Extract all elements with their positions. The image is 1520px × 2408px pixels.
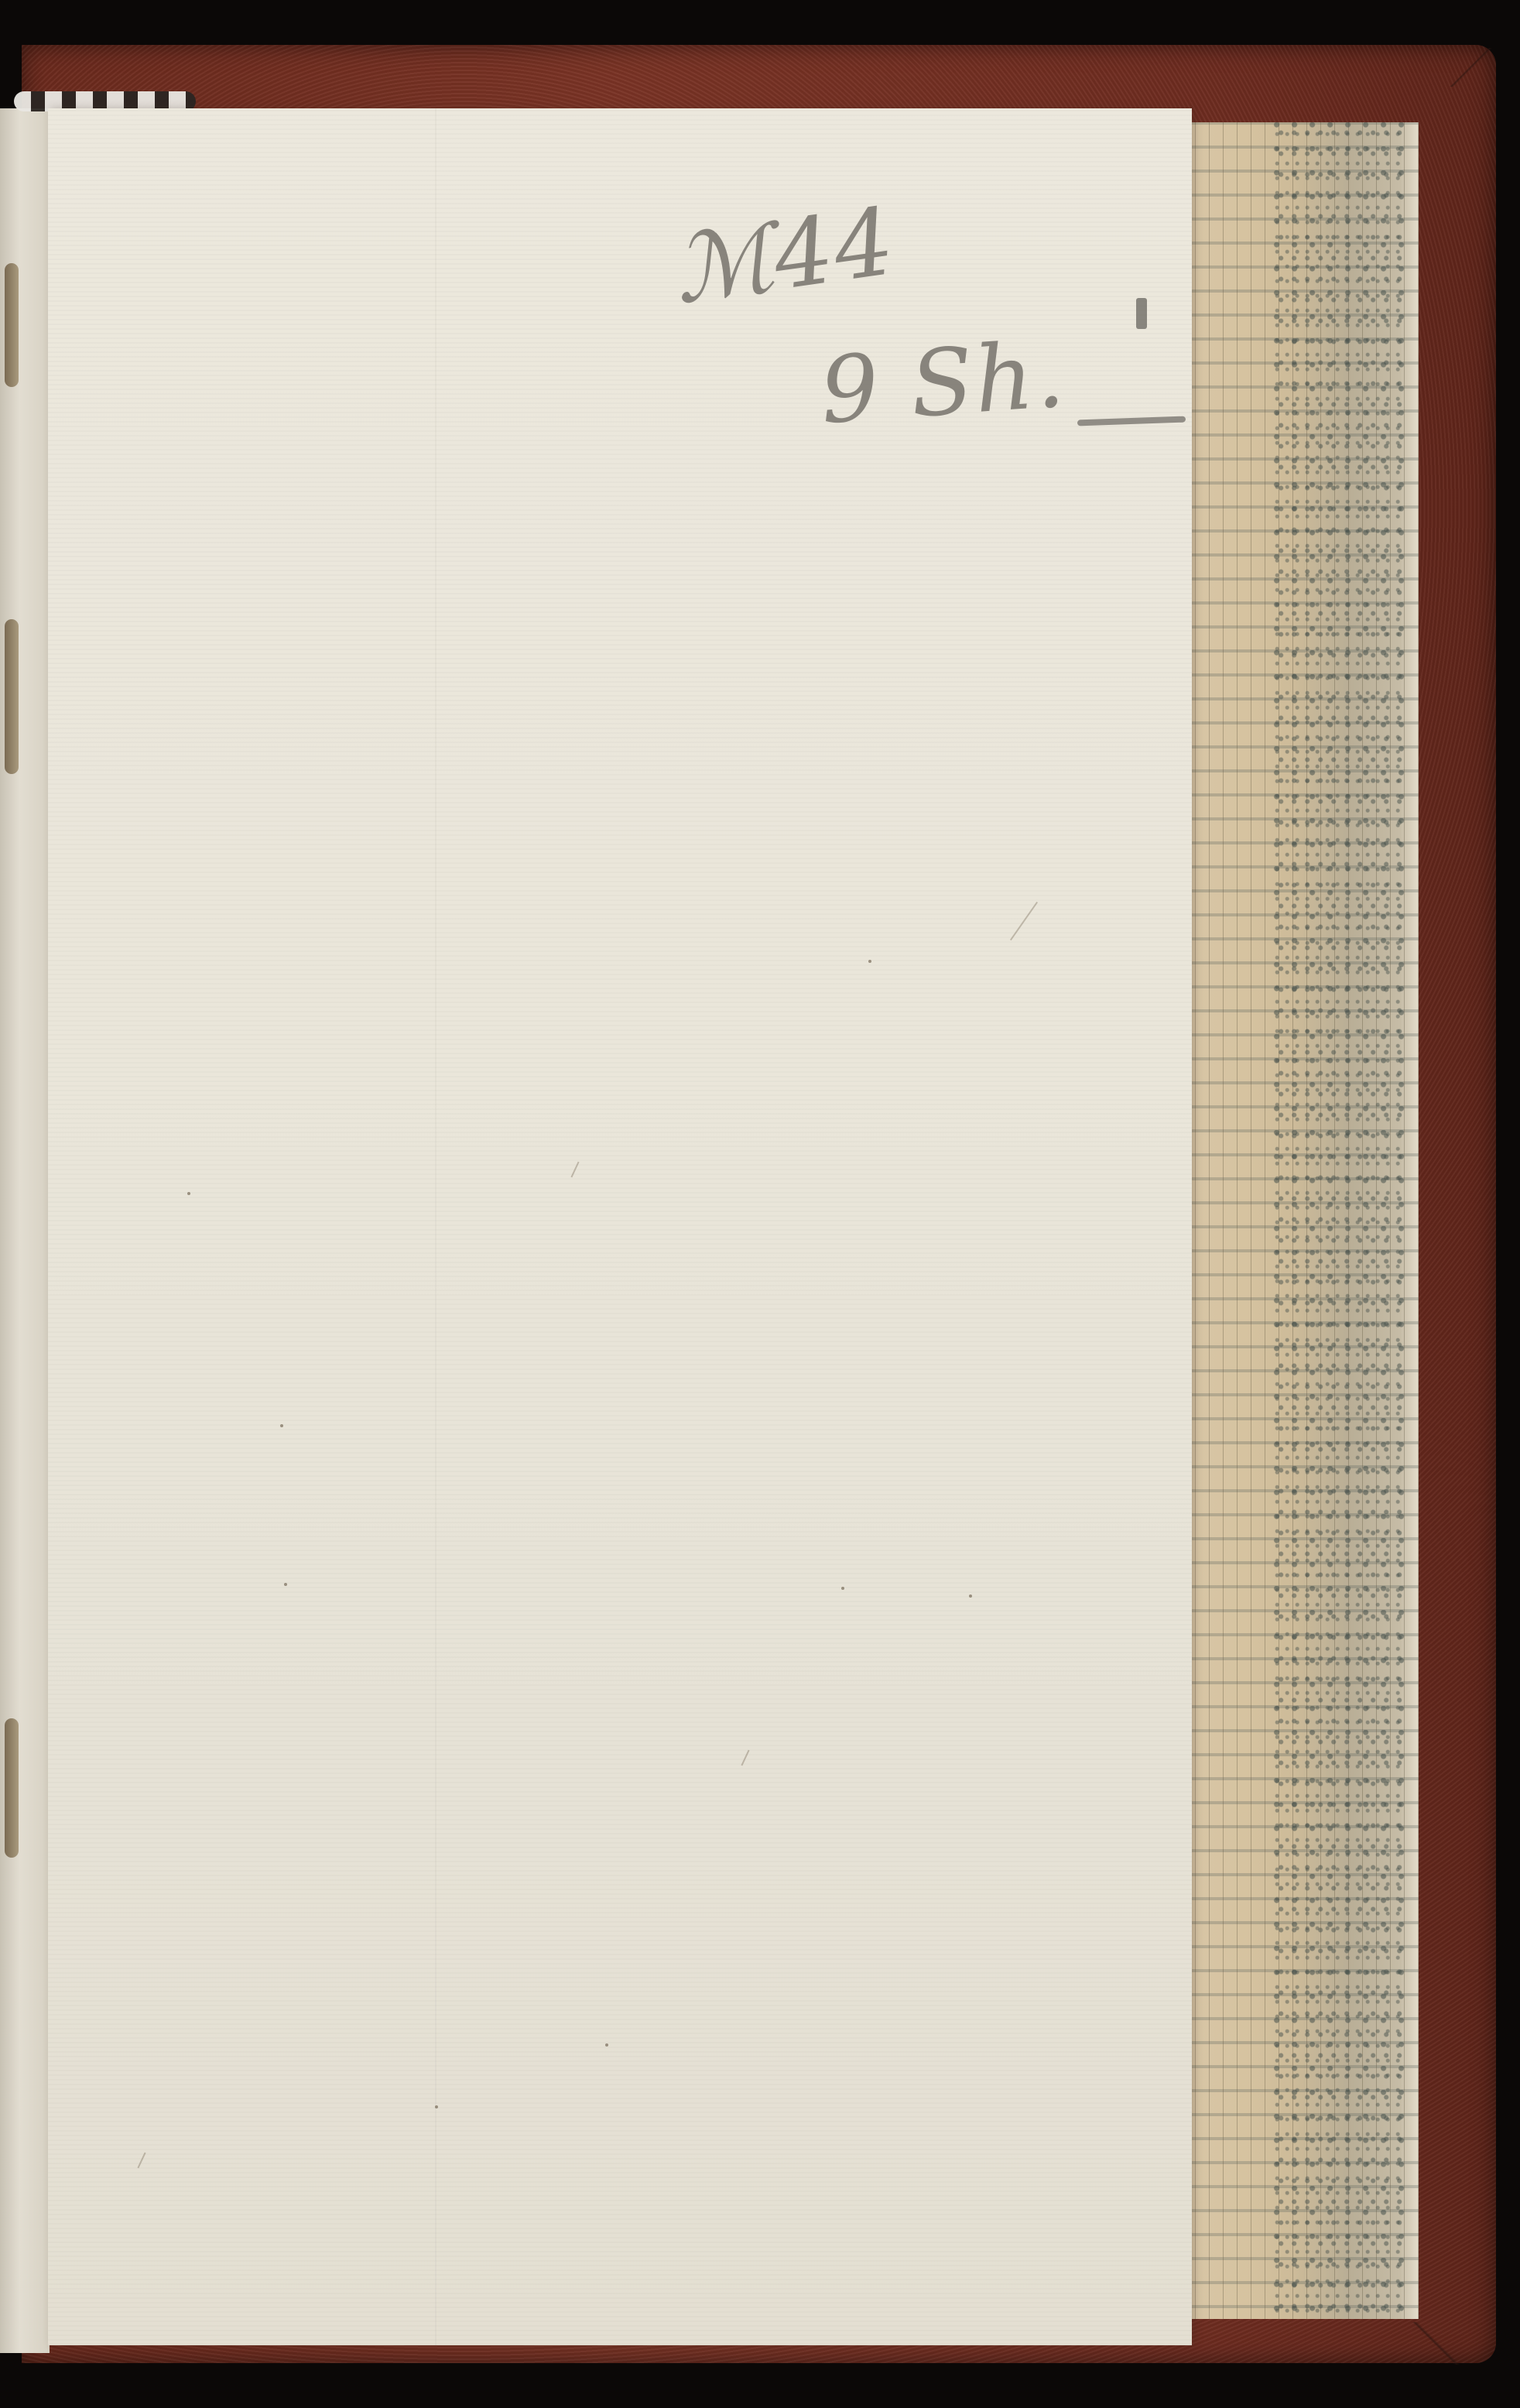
cover-corner-bottom bbox=[1401, 2322, 1470, 2365]
paper-speck bbox=[841, 1587, 844, 1590]
flyleaf-page bbox=[48, 108, 1192, 2345]
binding-thread bbox=[5, 263, 19, 387]
paper-speck bbox=[187, 1192, 190, 1195]
paper-speck bbox=[435, 2105, 438, 2108]
binding-thread bbox=[5, 619, 19, 774]
paper-speck bbox=[868, 960, 871, 963]
pencil-inscription-line-2: 9 Sh. bbox=[817, 320, 1070, 444]
paper-speck bbox=[280, 1424, 283, 1427]
pencil-mark bbox=[1136, 298, 1147, 329]
paper-fiber bbox=[137, 2153, 145, 2169]
paper-fiber bbox=[741, 1750, 749, 1766]
paper-fiber bbox=[1010, 902, 1038, 940]
cover-corner-top bbox=[1447, 48, 1494, 87]
paper-speck bbox=[969, 1594, 972, 1598]
paper-fiber bbox=[570, 1162, 579, 1178]
paper-speck bbox=[284, 1583, 287, 1586]
gutter-previous-leaves bbox=[0, 108, 50, 2353]
paper-speck bbox=[605, 2043, 608, 2047]
binding-thread bbox=[5, 1718, 19, 1858]
page-edges bbox=[1188, 122, 1419, 2319]
